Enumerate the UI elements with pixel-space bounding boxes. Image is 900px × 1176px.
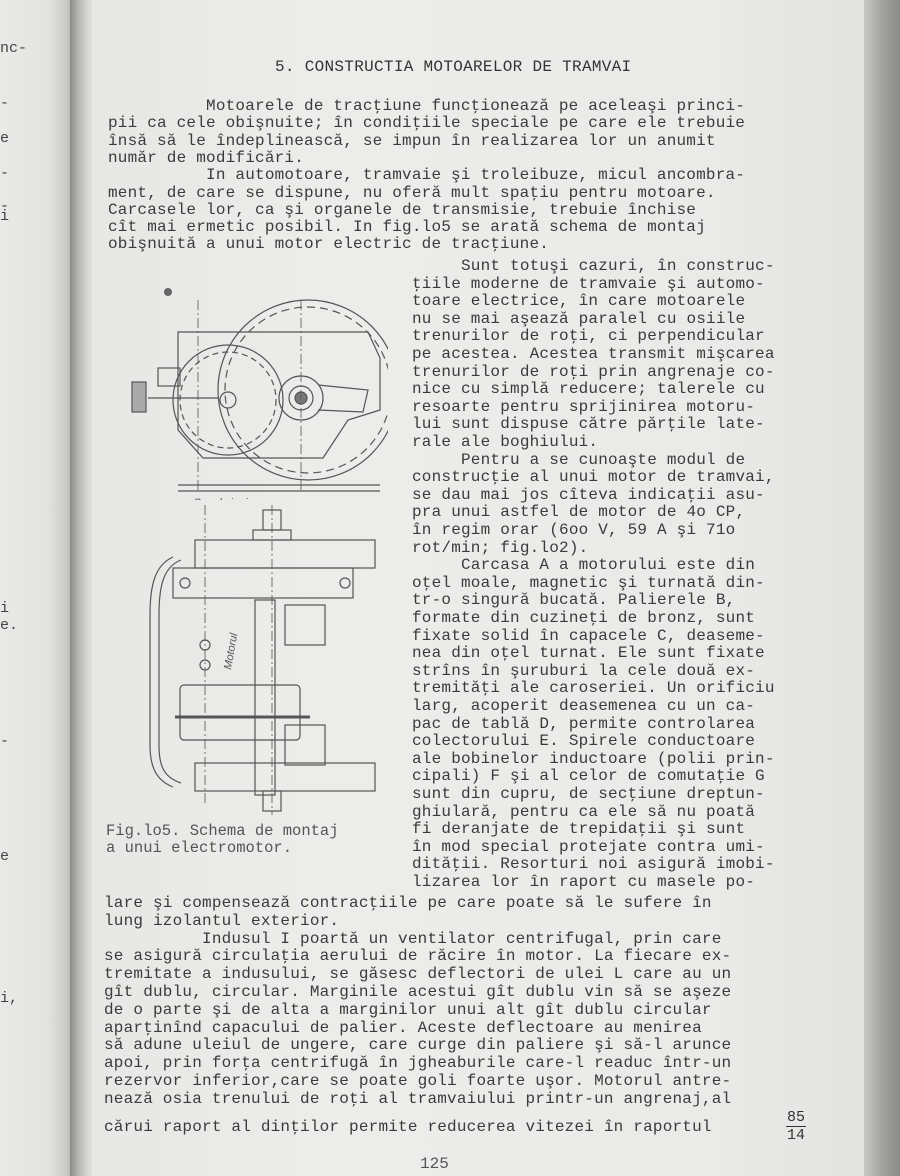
text-line: formate din cuzineţi de bronz, sunt: [412, 610, 755, 627]
page-number: 125: [420, 1155, 449, 1173]
page-right-edge: [864, 0, 900, 1176]
text-line: construcţie al unui motor de tramvai,: [412, 469, 775, 486]
text-line: lizarea lor în raport cu masele po-: [412, 874, 755, 891]
text-line: Pentru a se cunoaşte modul de: [412, 452, 745, 469]
text-line: Indusul I poartă un ventilator centrifug…: [104, 931, 722, 948]
text-line: Sunt totuşi cazuri, în construc-: [412, 258, 775, 275]
text-line: număr de modificări.: [108, 150, 304, 167]
text-line: rale ale boghiului.: [412, 434, 598, 451]
text-line: însă să le îndeplinească, se impun în re…: [108, 133, 716, 150]
previous-page-edge: nc- - e - - i i e. - e i,: [0, 0, 78, 1176]
text-line: fi deranjate de trepidaţii şi sunt: [412, 821, 745, 838]
text-line: tr-o singură bucată. Palierele B,: [412, 592, 735, 609]
text-line: nează osia trenului de roţi al tramvaiul…: [104, 1091, 731, 1108]
text-line: obişnuită a unui motor electric de tracţ…: [108, 236, 549, 253]
text-line: larg, acoperit deasemenea cu un ca-: [412, 698, 755, 715]
prev-page-text: e: [0, 130, 9, 147]
prev-page-text: -: [0, 733, 9, 750]
text-line: lui sunt dispuse către părţile late-: [412, 416, 765, 433]
text-line: ment, de care se dispune, nu oferă mult …: [108, 185, 716, 202]
text-line: să adune uleiul de ungere, care curge di…: [104, 1037, 731, 1054]
text-line: colectorului E. Spirele conductoare: [412, 733, 755, 750]
text-line: nu se mai aşează paralel cu osiile: [412, 311, 745, 328]
text-line: sunt din cupru, de secţiune dreptun-: [412, 786, 765, 803]
text-line: Carcasele lor, ca şi organele de transmi…: [108, 202, 696, 219]
fraction-numerator: 85: [786, 1110, 806, 1125]
text-line: toare electrice, în care motoarele: [412, 293, 745, 310]
text-line: se dau mai jos cîteva indicaţii asu-: [412, 487, 765, 504]
text-line: cipali) F şi al celor de comutaţie G: [412, 768, 765, 785]
text-line: în regim orar (6oo V, 59 A şi 71o: [412, 522, 735, 539]
text-line: apoi, prin forţa centrifugă în jgheaburi…: [104, 1055, 731, 1072]
text-line: ghiulară, pentru ca ele să nu poată: [412, 804, 755, 821]
text-line: trenurilor de roţi prin angrenaje co-: [412, 364, 775, 381]
text-line: In automotoare, tramvaie şi troleibuze, …: [108, 167, 745, 184]
section-title: 5. CONSTRUCTIA MOTOARELOR DE TRAMVAI: [275, 58, 631, 76]
text-line: cît mai ermetic posibil. In fig.lo5 se a…: [108, 219, 706, 236]
text-line: nea din oţel turnat. Ele sunt fixate: [412, 645, 765, 662]
prev-page-text: nc-: [0, 40, 27, 57]
text-line: dităţii. Resorturi noi asigură imobi-: [412, 856, 775, 873]
text-line: strîns în şuruburi la cele două ex-: [412, 663, 755, 680]
prev-page-text: i: [0, 600, 9, 617]
prev-page-text: -: [0, 165, 9, 182]
text-line: ţiile moderne de tramvaie şi automo-: [412, 276, 765, 293]
figure-side-view-drawing: Capul şinei: [118, 280, 388, 500]
text-line: pe acestea. Acestea transmit mişcarea: [412, 346, 775, 363]
figure-caption-line: a unui electromotor.: [106, 839, 292, 857]
text-line: rezervor inferior,care se poate goli foa…: [104, 1073, 731, 1090]
text-line: pii ca cele obişnuite; în condiţiile spe…: [108, 115, 745, 132]
text-line: rot/min; fig.lo2).: [412, 540, 588, 557]
gear-ratio-fraction: 85 14: [786, 1110, 806, 1143]
text-line: tremităţi ale caroseriei. Un orificiu: [412, 680, 775, 697]
figure-label-rail: Capul şinei: [193, 497, 248, 500]
text-line: aparţinînd capacului de palier. Aceste d…: [104, 1020, 702, 1037]
text-line: resoarte pentru sprijinirea motoru-: [412, 399, 755, 416]
text-line: lung izolantul exterior.: [104, 913, 339, 930]
fraction-denominator: 14: [786, 1128, 806, 1143]
figure-caption-line: Fig.lo5. Schema de montaj: [106, 822, 339, 840]
text-line: se asigură circulaţia aerului de răcire …: [104, 948, 731, 965]
figure-label-motor: Motorul: [222, 632, 240, 671]
text-line: fixate solid în capacele C, deaseme-: [412, 628, 765, 645]
text-line: Motoarele de tracţiune funcţionează pe a…: [108, 98, 745, 115]
text-line: oţel moale, magnetic şi turnată din-: [412, 575, 765, 592]
figure-top-view-drawing: Motorul: [135, 505, 385, 815]
text-line: pac de tablă D, permite controlarea: [412, 716, 755, 733]
prev-page-text: -: [0, 95, 9, 112]
prev-page-text: i: [0, 208, 9, 225]
prev-page-text: e: [0, 848, 9, 865]
text-line: Carcasa A a motorului este din: [412, 557, 755, 574]
text-line: nice cu simplă reducere; talerele cu: [412, 381, 765, 398]
text-line: tremitate a indusului, se găsesc deflect…: [104, 966, 731, 983]
text-line: lare şi compensează contracţiile pe care…: [104, 895, 712, 912]
prev-page-text: e.: [0, 617, 18, 634]
prev-page-text: i,: [0, 990, 18, 1007]
text-line: pra unui astfel de motor de 4o CP,: [412, 504, 745, 521]
text-line: de o parte şi de alta a marginilor unui …: [104, 1002, 712, 1019]
text-line: cărui raport al dinţilor permite reducer…: [104, 1119, 712, 1136]
text-line: gît dublu, circular. Marginile acestui g…: [104, 984, 731, 1001]
text-line: în mod special protejate contra umi-: [412, 839, 765, 856]
text-line: trenurilor de roţi, ci perpendicular: [412, 328, 765, 345]
text-line: ale bobinelor inductoare (polii prin-: [412, 751, 775, 768]
